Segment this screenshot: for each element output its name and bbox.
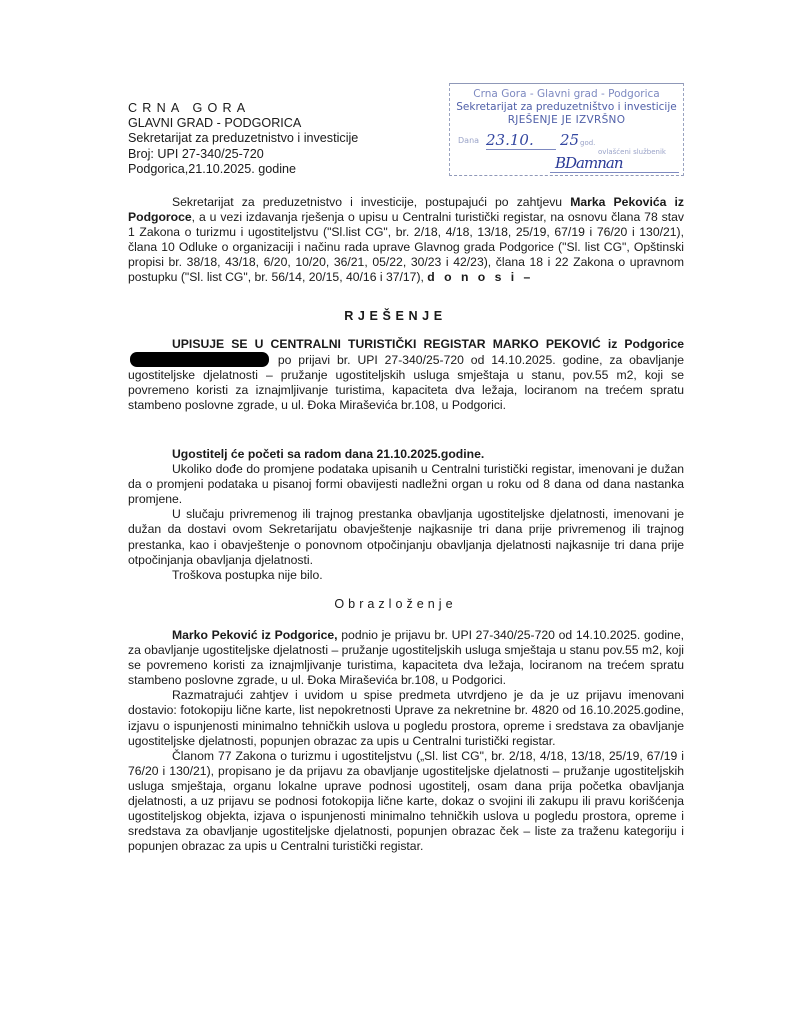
stamp-year-suffix: god. bbox=[580, 139, 595, 147]
costs-paragraph: Troškova postupka nije bilo. bbox=[128, 568, 684, 583]
change-obligation-paragraph: Ukoliko dođe do promjene podataka upisan… bbox=[128, 462, 684, 507]
resenje-heading: RJEŠENJE bbox=[0, 309, 791, 323]
termination-paragraph: U slučaju privremenog ili trajnog presta… bbox=[128, 507, 684, 567]
resenje-main-paragraph: UPISUJE SE U CENTRALNI TURISTIČKI REGIST… bbox=[128, 337, 684, 413]
donosi-word: d o n o s i – bbox=[427, 270, 533, 284]
review-paragraph: Razmatrajući zahtjev i uvidom u spise pr… bbox=[128, 688, 684, 748]
legal-basis-paragraph: Članom 77 Zakona o turizmu i ugostiteljs… bbox=[128, 749, 684, 855]
intro-text-1: Sekretarijat za preduzetnistvo i investi… bbox=[172, 195, 570, 209]
stamp-date: 23.10. bbox=[486, 131, 556, 150]
signature-line bbox=[550, 172, 679, 173]
stamp-authority: Crna Gora - Glavni grad - Podgorica bbox=[450, 88, 683, 100]
intro-text-2: , a u vezi izdavanja rješenja o upisu u … bbox=[128, 210, 684, 284]
place-date: Podgorica,21.10.2025. godine bbox=[128, 162, 358, 177]
reference-number: Broj: UPI 27-340/25-720 bbox=[128, 147, 358, 162]
stamp-date-prefix: Dana bbox=[458, 136, 479, 145]
stamp-signature: BDamnan bbox=[555, 154, 622, 172]
enforceability-stamp: Crna Gora - Glavni grad - Podgorica Sekr… bbox=[449, 83, 684, 176]
department-name: Sekretarijat za preduzetnistvo i investi… bbox=[128, 131, 358, 146]
stamp-status: RJEŠENJE JE IZVRŠNO bbox=[450, 114, 683, 126]
document-page: CRNA GORA GLAVNI GRAD - PODGORICA Sekret… bbox=[0, 0, 791, 1024]
intro-paragraph: Sekretarijat za preduzetnistvo i investi… bbox=[128, 195, 684, 286]
city-name: GLAVNI GRAD - PODGORICA bbox=[128, 116, 358, 131]
redaction-bar bbox=[130, 352, 269, 367]
letterhead: CRNA GORA GLAVNI GRAD - PODGORICA Sekret… bbox=[128, 101, 358, 177]
stamp-year: 25 bbox=[560, 131, 579, 149]
applicant-bold: Marko Peković iz Podgorice, bbox=[172, 628, 338, 642]
obrazlozenje-heading: Obrazloženje bbox=[0, 597, 791, 611]
obrazlozenje-body: Marko Peković iz Podgorice, podnio je pr… bbox=[128, 628, 684, 854]
country-name: CRNA GORA bbox=[128, 101, 358, 116]
resenje-provisions: Ugostitelj će početi sa radom dana 21.10… bbox=[128, 418, 684, 583]
stamp-department: Sekretarijat za preduzetništvo i investi… bbox=[450, 101, 683, 113]
registration-lead: UPISUJE SE U CENTRALNI TURISTIČKI REGIST… bbox=[172, 337, 684, 351]
start-date-statement: Ugostitelj će početi sa radom dana 21.10… bbox=[172, 447, 484, 461]
